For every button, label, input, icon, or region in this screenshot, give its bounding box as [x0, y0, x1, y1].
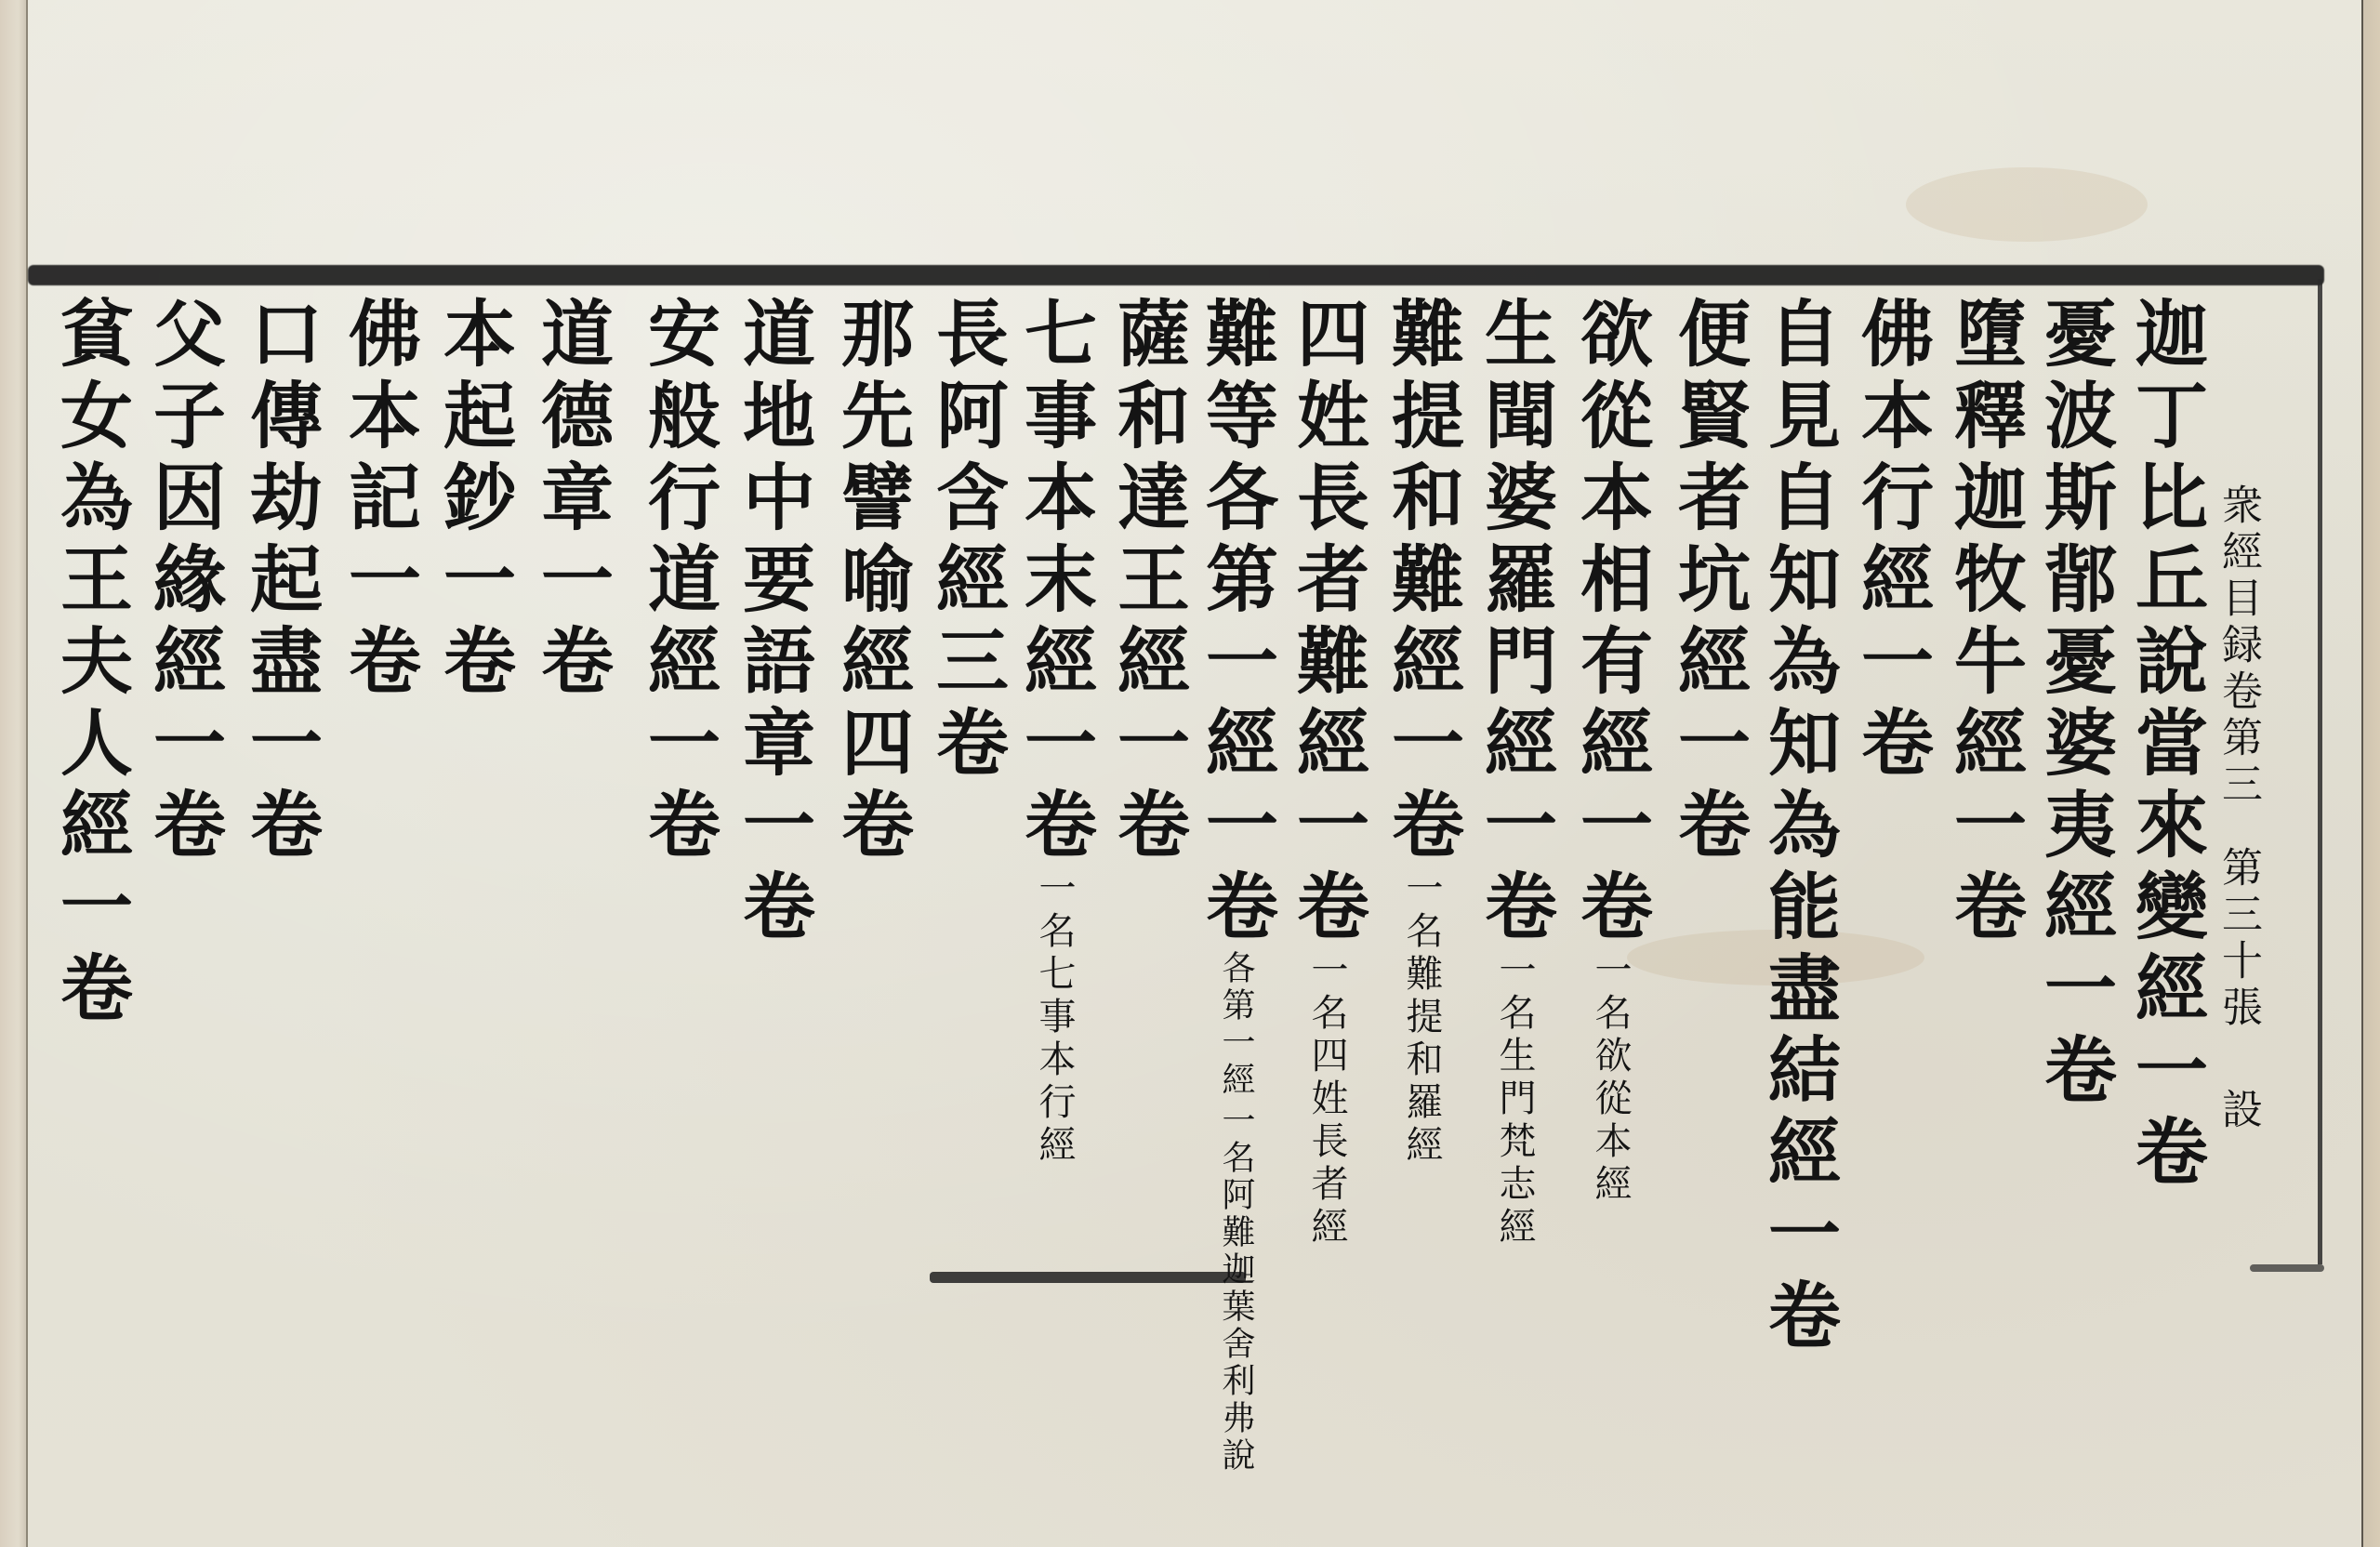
catalog-entry: 欲從本相有經一卷一名欲從本經 — [1574, 296, 1646, 1207]
entry-title: 迦丁比丘說當來變經 — [2123, 296, 2208, 1032]
entry-volumes: 一卷 — [636, 705, 721, 868]
entry-volumes: 一卷 — [1568, 787, 1653, 950]
scanned-page: 衆經目録卷第三第三十張設 迦丁比丘說當來變經一卷 憂波斯鄁憂婆夷經一卷 墮釋迦牧… — [0, 0, 2380, 1547]
catalog-entry: 佛本記一卷 — [342, 296, 415, 705]
entry-title: 墮釋迦牧牛經 — [1942, 296, 2027, 787]
entry-volumes: 一卷 — [238, 705, 323, 868]
entry-title: 難提和難經 — [1380, 296, 1464, 705]
entry-volumes: 一卷 — [337, 541, 421, 705]
entry-title: 道德章 — [529, 296, 614, 541]
entry-volumes: 一卷 — [731, 787, 815, 950]
catalog-entry: 本起鈔一卷 — [437, 296, 509, 705]
catalog-entry: 便賢者坑經一卷 — [1672, 296, 1744, 868]
entry-title: 那先譬喻經 — [829, 296, 914, 705]
entry-title: 四姓長者難經 — [1285, 296, 1369, 787]
catalog-entry: 七事本末經一卷一名七事本行經 — [1018, 296, 1091, 1168]
catalog-entry: 薩和達王經一卷 — [1111, 296, 1183, 868]
catalog-entry: 口傳劫起盡一卷 — [244, 296, 316, 868]
entry-volumes: 一卷 — [1666, 705, 1751, 868]
catalog-entry: 那先譬喻經四卷 — [835, 296, 907, 868]
entry-alt-name: 一名欲從本經 — [1592, 950, 1629, 1207]
entry-volumes: 一卷 — [529, 541, 614, 705]
catalog-title: 衆經目録卷第三 — [2215, 483, 2262, 809]
entry-title: 長阿含經 — [924, 296, 1009, 623]
entry-volumes: 一卷 — [431, 541, 516, 705]
entry-alt-name: 一名四姓長者經 — [1308, 950, 1345, 1249]
right-binding-edge — [2361, 0, 2380, 1547]
entry-volumes: 一卷 — [1756, 1196, 1841, 1359]
entry-volumes: 一卷 — [2123, 1032, 2208, 1196]
catalog-entry: 佛本行經一卷 — [1855, 296, 1927, 787]
printed-frame-bottom-border — [930, 1272, 1246, 1283]
entry-title: 佛本行經 — [1849, 296, 1934, 623]
entry-volumes: 一卷 — [2032, 950, 2117, 1114]
entry-title: 父子因緣經 — [141, 296, 226, 705]
catalog-entry: 長阿含經三卷 — [930, 296, 1002, 787]
entry-alt-name: 一名難提和羅經 — [1403, 868, 1440, 1168]
leaf-number: 第三十張 — [2215, 846, 2262, 1032]
entry-title: 佛本記 — [337, 296, 421, 541]
entry-title: 自見自知為知為能盡結經 — [1756, 296, 1841, 1196]
entry-title: 貧女為王夫人經 — [48, 296, 133, 868]
entry-title: 憂波斯鄁憂婆夷經 — [2032, 296, 2117, 950]
catalog-entry: 難等各第一經一卷一名阿難迦葉舍利弗說各第一經 — [1199, 296, 1272, 1474]
catalog-entry: 四姓長者難經一卷一名四姓長者經 — [1290, 296, 1363, 1249]
catalog-entry: 迦丁比丘說當來變經一卷 — [2129, 296, 2201, 1196]
entry-title: 安般行道經 — [636, 296, 721, 705]
entry-alt-name: 一名生門梵志經 — [1496, 950, 1533, 1249]
entry-volumes: 三卷 — [924, 623, 1009, 787]
catalog-entry: 貧女為王夫人經一卷 — [54, 296, 126, 1032]
entry-volumes: 一卷 — [1942, 787, 2027, 950]
paper-stain — [1906, 167, 2148, 242]
entry-volumes: 一卷 — [1285, 787, 1369, 950]
catalog-entry: 自見自知為知為能盡結經一卷 — [1762, 296, 1834, 1359]
entry-title: 口傳劫起盡 — [238, 296, 323, 705]
entry-title: 生聞婆羅門經 — [1473, 296, 1557, 787]
catalog-entry: 難提和難經一卷一名難提和羅經 — [1385, 296, 1458, 1168]
catalog-entry: 墮釋迦牧牛經一卷 — [1948, 296, 2020, 950]
printed-frame-bottom-border-fragment — [2250, 1264, 2324, 1272]
entry-volumes: 一卷 — [141, 705, 226, 868]
printed-frame-top-border — [28, 265, 2324, 285]
entry-alt-name: 一名七事本行經 — [1036, 868, 1073, 1168]
entry-title: 便賢者坑經 — [1666, 296, 1751, 705]
entry-volumes: 一卷 — [1012, 705, 1097, 868]
catalog-entry: 安般行道經一卷 — [641, 296, 714, 868]
catalog-entry: 父子因緣經一卷 — [147, 296, 219, 868]
printed-frame-right-border — [2318, 279, 2322, 1264]
entry-alt-name-left-line: 各第一經 — [1219, 950, 1252, 1099]
entry-title: 難等各第一經 — [1194, 296, 1278, 787]
entry-volumes: 一卷 — [1849, 623, 1934, 787]
catalog-entry: 道德章一卷 — [535, 296, 607, 705]
entry-volumes: 一卷 — [1473, 787, 1557, 950]
entry-volumes: 一卷 — [48, 868, 133, 1032]
entry-alt-name-right-line: 一名阿難迦葉舍利弗說 — [1219, 1103, 1252, 1474]
entry-title: 七事本末經 — [1012, 296, 1097, 705]
catalog-entry: 生聞婆羅門經一卷一名生門梵志經 — [1478, 296, 1551, 1249]
entry-title: 薩和達王經 — [1105, 296, 1190, 705]
entry-volumes: 四卷 — [829, 705, 914, 868]
entry-title: 欲從本相有經 — [1568, 296, 1653, 787]
entry-title: 本起鈔 — [431, 296, 516, 541]
left-binding-edge — [0, 0, 28, 1547]
entry-title: 道地中要語章 — [731, 296, 815, 787]
entry-alt-name-double-line: 一名阿難迦葉舍利弗說各第一經 — [1219, 950, 1252, 1474]
entry-volumes: 一卷 — [1105, 705, 1190, 868]
entry-volumes: 一卷 — [1194, 787, 1278, 950]
page-header: 衆經目録卷第三第三十張設 — [2217, 483, 2258, 1134]
catalog-entry: 憂波斯鄁憂婆夷經一卷 — [2038, 296, 2110, 1114]
catalog-entry: 道地中要語章一卷 — [736, 296, 809, 950]
entry-volumes: 一卷 — [1380, 705, 1464, 868]
carver-mark: 設 — [2215, 1088, 2262, 1134]
